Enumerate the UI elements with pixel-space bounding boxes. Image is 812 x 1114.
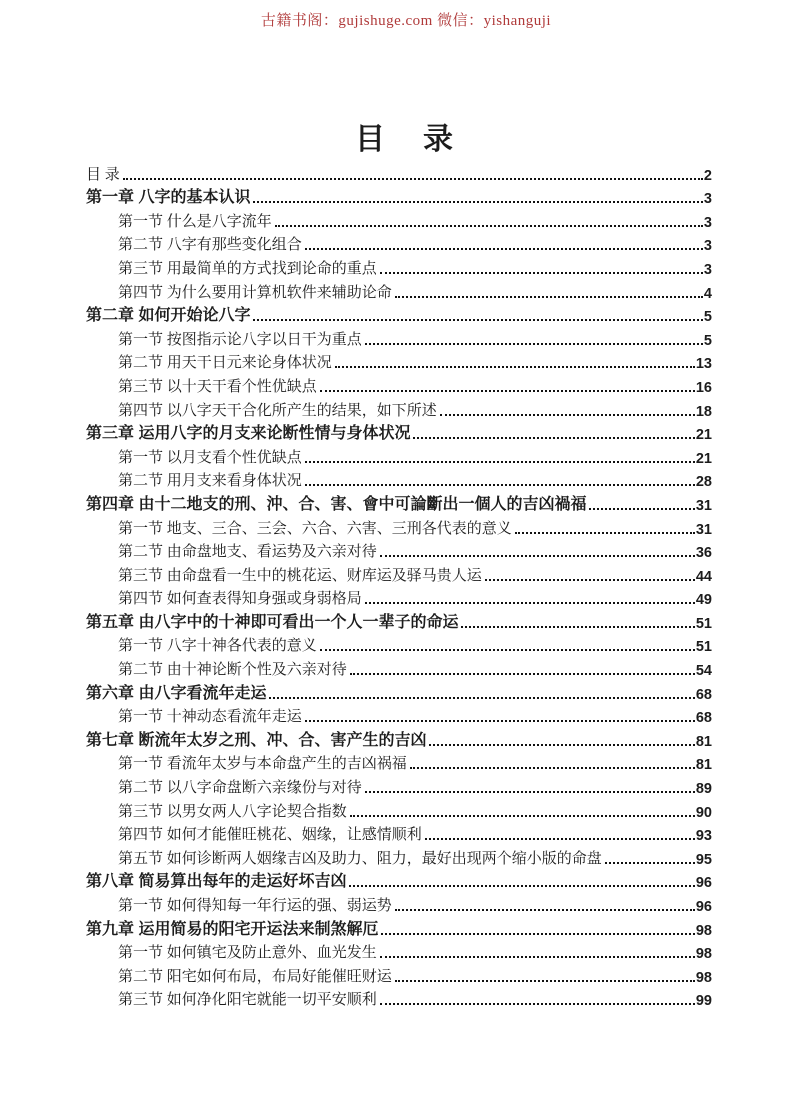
toc-entry: 第三节 如何净化阳宅就能一切平安顺利 99 bbox=[86, 988, 712, 1012]
toc-entry-label: 第三节 以十天干看个性优缺点 bbox=[118, 375, 317, 396]
toc-entry-page: 3 bbox=[704, 215, 712, 231]
toc-entry-page: 96 bbox=[696, 899, 712, 915]
dotted-leader bbox=[395, 909, 695, 911]
dotted-leader bbox=[305, 484, 695, 486]
dotted-leader bbox=[305, 720, 695, 722]
toc-entry: 第二节 用天干日元来论身体状况 13 bbox=[86, 351, 712, 375]
toc-entry-label: 第一节 十神动态看流年走运 bbox=[118, 705, 302, 726]
toc-entry-page: 49 bbox=[696, 592, 712, 608]
dotted-leader bbox=[395, 296, 703, 298]
toc-entry-page: 21 bbox=[696, 451, 712, 467]
toc-entry-label: 第七章 断流年太岁之刑、冲、合、害产生的吉凶 bbox=[86, 727, 426, 750]
toc-entry-page: 4 bbox=[704, 286, 712, 302]
toc-entry-page: 18 bbox=[696, 404, 712, 420]
toc-entry-label: 第二章 如何开始论八字 bbox=[86, 302, 250, 325]
page-title: 目 录 bbox=[0, 114, 812, 158]
toc-entry-page: 93 bbox=[696, 828, 712, 844]
toc-entry-page: 90 bbox=[696, 805, 712, 821]
dotted-leader bbox=[461, 626, 694, 628]
toc-entry-label: 第三节 如何净化阳宅就能一切平安顺利 bbox=[118, 988, 377, 1009]
toc-entry: 第一节 什么是八字流年 3 bbox=[86, 209, 712, 233]
dotted-leader bbox=[305, 248, 703, 250]
toc-entry: 第一节 以月支看个性优缺点 21 bbox=[86, 445, 712, 469]
toc-entry-page: 89 bbox=[696, 781, 712, 797]
toc-entry-label: 第一节 以月支看个性优缺点 bbox=[118, 446, 302, 467]
toc-entry: 第二节 由十神论断个性及六亲对待 54 bbox=[86, 657, 712, 681]
toc-entry-page: 68 bbox=[696, 710, 712, 726]
toc-entry-label: 第四节 为什么要用计算机软件来辅助论命 bbox=[118, 281, 392, 302]
toc-entry-page: 44 bbox=[696, 569, 712, 585]
dotted-leader bbox=[380, 555, 695, 557]
dotted-leader bbox=[410, 767, 695, 769]
toc-entry: 第五章 由八字中的十神即可看出一个人一辈子的命运 51 bbox=[86, 610, 712, 634]
dotted-leader bbox=[485, 579, 695, 581]
toc-entry: 第三节 用最简单的方式找到论命的重点 3 bbox=[86, 256, 712, 280]
dotted-leader bbox=[350, 673, 695, 675]
toc-entry-label: 第一节 按图指示论八字以日干为重点 bbox=[118, 328, 362, 349]
toc-entry: 第四节 如何查表得知身强或身弱格局 49 bbox=[86, 587, 712, 611]
toc-entry: 第三章 运用八字的月支来论断性情与身体状况 21 bbox=[86, 422, 712, 446]
toc-entry: 第二节 八字有那些变化组合 3 bbox=[86, 233, 712, 257]
toc-entry-label: 第一节 八字十神各代表的意义 bbox=[118, 634, 317, 655]
dotted-leader bbox=[425, 838, 695, 840]
dotted-leader bbox=[380, 272, 703, 274]
dotted-leader bbox=[275, 225, 703, 227]
toc-entry-label: 第一节 如何镇宅及防止意外、血光发生 bbox=[118, 941, 377, 962]
dotted-leader bbox=[381, 933, 694, 935]
toc-entry: 第二节 由命盘地支、看运势及六亲对待 36 bbox=[86, 540, 712, 564]
toc-entry: 第六章 由八字看流年走运 68 bbox=[86, 681, 712, 705]
toc-entry-page: 68 bbox=[696, 687, 712, 703]
toc-entry-page: 13 bbox=[696, 356, 712, 372]
dotted-leader bbox=[269, 697, 694, 699]
dotted-leader bbox=[320, 649, 695, 651]
toc-entry-label: 第二节 用月支来看身体状况 bbox=[118, 469, 302, 490]
toc-entry: 第一节 十神动态看流年走运 68 bbox=[86, 705, 712, 729]
toc-entry-label: 第五章 由八字中的十神即可看出一个人一辈子的命运 bbox=[86, 609, 458, 632]
toc-entry: 第二节 用月支来看身体状况 28 bbox=[86, 469, 712, 493]
dotted-leader bbox=[365, 343, 703, 345]
dotted-leader bbox=[123, 178, 703, 180]
dotted-leader bbox=[413, 437, 694, 439]
toc-entry-label: 第二节 以八字命盘断六亲缘份与对待 bbox=[118, 776, 362, 797]
toc-entry: 第九章 运用简易的阳宅开运法来制煞解厄 98 bbox=[86, 917, 712, 941]
dotted-leader bbox=[365, 602, 695, 604]
toc-entry-page: 81 bbox=[696, 757, 712, 773]
toc-entry-label: 第二节 由命盘地支、看运势及六亲对待 bbox=[118, 540, 377, 561]
toc-entry-label: 第二节 用天干日元来论身体状况 bbox=[118, 351, 332, 372]
toc-entry-label: 第九章 运用简易的阳宅开运法来制煞解厄 bbox=[86, 916, 378, 939]
dotted-leader bbox=[320, 390, 695, 392]
toc-entry: 第一节 地支、三合、三会、六合、六害、三刑各代表的意义 31 bbox=[86, 516, 712, 540]
toc-entry: 第二节 阳宅如何布局，布局好能催旺财运 98 bbox=[86, 964, 712, 988]
toc-entry-label: 第一节 地支、三合、三会、六合、六害、三刑各代表的意义 bbox=[118, 517, 512, 538]
dotted-leader bbox=[429, 744, 694, 746]
toc-entry-label: 第四章 由十二地支的刑、沖、合、害、會中可論斷出一個人的吉凶禍福 bbox=[86, 491, 586, 514]
toc-entry-label: 第三章 运用八字的月支来论断性情与身体状况 bbox=[86, 420, 410, 443]
toc-entry-label: 第二节 由十神论断个性及六亲对待 bbox=[118, 658, 347, 679]
toc-entry-label: 第三节 用最简单的方式找到论命的重点 bbox=[118, 257, 377, 278]
toc-entry-label: 第四节 如何才能催旺桃花、姻缘，让感情顺利 bbox=[118, 823, 422, 844]
toc-entry-page: 98 bbox=[696, 970, 712, 986]
toc-entry: 第七章 断流年太岁之刑、冲、合、害产生的吉凶 81 bbox=[86, 728, 712, 752]
dotted-leader bbox=[440, 414, 695, 416]
toc-entry: 第五节 如何诊断两人姻缘吉凶及助力、阻力，最好出现两个缩小版的命盘 95 bbox=[86, 846, 712, 870]
toc-entry: 第三节 由命盘看一生中的桃花运、财库运及驿马贵人运 44 bbox=[86, 563, 712, 587]
toc-entry-label: 第三节 以男女两人八字论契合指数 bbox=[118, 800, 347, 821]
toc-entry: 第三节 以男女两人八字论契合指数 90 bbox=[86, 799, 712, 823]
toc-entry: 第一节 如何得知每一年行运的强、弱运势 96 bbox=[86, 893, 712, 917]
toc-entry-page: 36 bbox=[696, 545, 712, 561]
toc-entry-page: 98 bbox=[696, 923, 712, 939]
toc-entry-label: 第五节 如何诊断两人姻缘吉凶及助力、阻力，最好出现两个缩小版的命盘 bbox=[118, 847, 602, 868]
toc-list: 目 录 2 第一章 八字的基本认识 3 第一节 什么是八字流年 3 第二节 八字… bbox=[86, 162, 712, 1011]
toc-entry-page: 21 bbox=[696, 427, 712, 443]
toc-entry: 第一节 按图指示论八字以日干为重点 5 bbox=[86, 327, 712, 351]
toc-entry-label: 第二节 阳宅如何布局，布局好能催旺财运 bbox=[118, 965, 392, 986]
toc-entry-page: 98 bbox=[696, 946, 712, 962]
toc-entry-page: 3 bbox=[704, 191, 712, 207]
toc-entry-page: 3 bbox=[704, 238, 712, 254]
toc-entry-page: 96 bbox=[696, 875, 712, 891]
toc-entry-label: 第八章 简易算出每年的走运好坏吉凶 bbox=[86, 868, 346, 891]
toc-entry-label: 第一节 什么是八字流年 bbox=[118, 210, 272, 231]
dotted-leader bbox=[253, 201, 702, 203]
toc-entry-label: 第六章 由八字看流年走运 bbox=[86, 680, 266, 703]
toc-entry-page: 95 bbox=[696, 852, 712, 868]
toc-entry-label: 第三节 由命盘看一生中的桃花运、财库运及驿马贵人运 bbox=[118, 564, 482, 585]
dotted-leader bbox=[380, 956, 695, 958]
toc-entry: 第一节 如何镇宅及防止意外、血光发生 98 bbox=[86, 941, 712, 965]
toc-entry: 第一节 看流年太岁与本命盘产生的吉凶祸福 81 bbox=[86, 752, 712, 776]
toc-entry-label: 目 录 bbox=[86, 163, 120, 184]
dotted-leader bbox=[515, 532, 695, 534]
toc-entry-label: 第一节 看流年太岁与本命盘产生的吉凶祸福 bbox=[118, 752, 407, 773]
toc-entry-label: 第四节 以八字天干合化所产生的结果，如下所述 bbox=[118, 399, 437, 420]
toc-entry-page: 99 bbox=[696, 993, 712, 1009]
site-watermark: 古籍书阁：gujishuge.com 微信：yishanguji bbox=[0, 9, 812, 30]
toc-entry: 第四节 为什么要用计算机软件来辅助论命 4 bbox=[86, 280, 712, 304]
toc-entry-page: 31 bbox=[696, 522, 712, 538]
toc-entry: 第八章 简易算出每年的走运好坏吉凶 96 bbox=[86, 870, 712, 894]
toc-entry-page: 2 bbox=[704, 168, 712, 184]
dotted-leader bbox=[349, 885, 694, 887]
toc-entry-page: 16 bbox=[696, 380, 712, 396]
dotted-leader bbox=[605, 862, 695, 864]
dotted-leader bbox=[395, 980, 695, 982]
dotted-leader bbox=[380, 1003, 695, 1005]
toc-entry-label: 第一节 如何得知每一年行运的强、弱运势 bbox=[118, 894, 392, 915]
toc-entry-page: 81 bbox=[696, 734, 712, 750]
toc-entry-page: 5 bbox=[704, 333, 712, 349]
toc-entry-label: 第二节 八字有那些变化组合 bbox=[118, 233, 302, 254]
dotted-leader bbox=[305, 461, 695, 463]
toc-entry: 第一节 八字十神各代表的意义 51 bbox=[86, 634, 712, 658]
toc-entry-page: 28 bbox=[696, 474, 712, 490]
toc-entry: 目 录 2 bbox=[86, 162, 712, 186]
toc-entry-page: 51 bbox=[696, 639, 712, 655]
dotted-leader bbox=[589, 508, 694, 510]
toc-entry: 第一章 八字的基本认识 3 bbox=[86, 186, 712, 210]
dotted-leader bbox=[365, 791, 695, 793]
toc-entry: 第二章 如何开始论八字 5 bbox=[86, 304, 712, 328]
toc-entry-page: 5 bbox=[704, 309, 712, 325]
toc-entry: 第二节 以八字命盘断六亲缘份与对待 89 bbox=[86, 775, 712, 799]
dotted-leader bbox=[350, 815, 695, 817]
toc-entry-page: 31 bbox=[696, 498, 712, 514]
toc-entry: 第三节 以十天干看个性优缺点 16 bbox=[86, 374, 712, 398]
toc-entry: 第四节 如何才能催旺桃花、姻缘，让感情顺利 93 bbox=[86, 823, 712, 847]
toc-entry-label: 第四节 如何查表得知身强或身弱格局 bbox=[118, 587, 362, 608]
toc-entry: 第四节 以八字天干合化所产生的结果，如下所述 18 bbox=[86, 398, 712, 422]
toc-entry-page: 54 bbox=[696, 663, 712, 679]
dotted-leader bbox=[335, 366, 695, 368]
dotted-leader bbox=[253, 319, 702, 321]
toc-entry: 第四章 由十二地支的刑、沖、合、害、會中可論斷出一個人的吉凶禍福 31 bbox=[86, 492, 712, 516]
toc-entry-page: 3 bbox=[704, 262, 712, 278]
toc-entry-page: 51 bbox=[696, 616, 712, 632]
toc-entry-label: 第一章 八字的基本认识 bbox=[86, 184, 250, 207]
